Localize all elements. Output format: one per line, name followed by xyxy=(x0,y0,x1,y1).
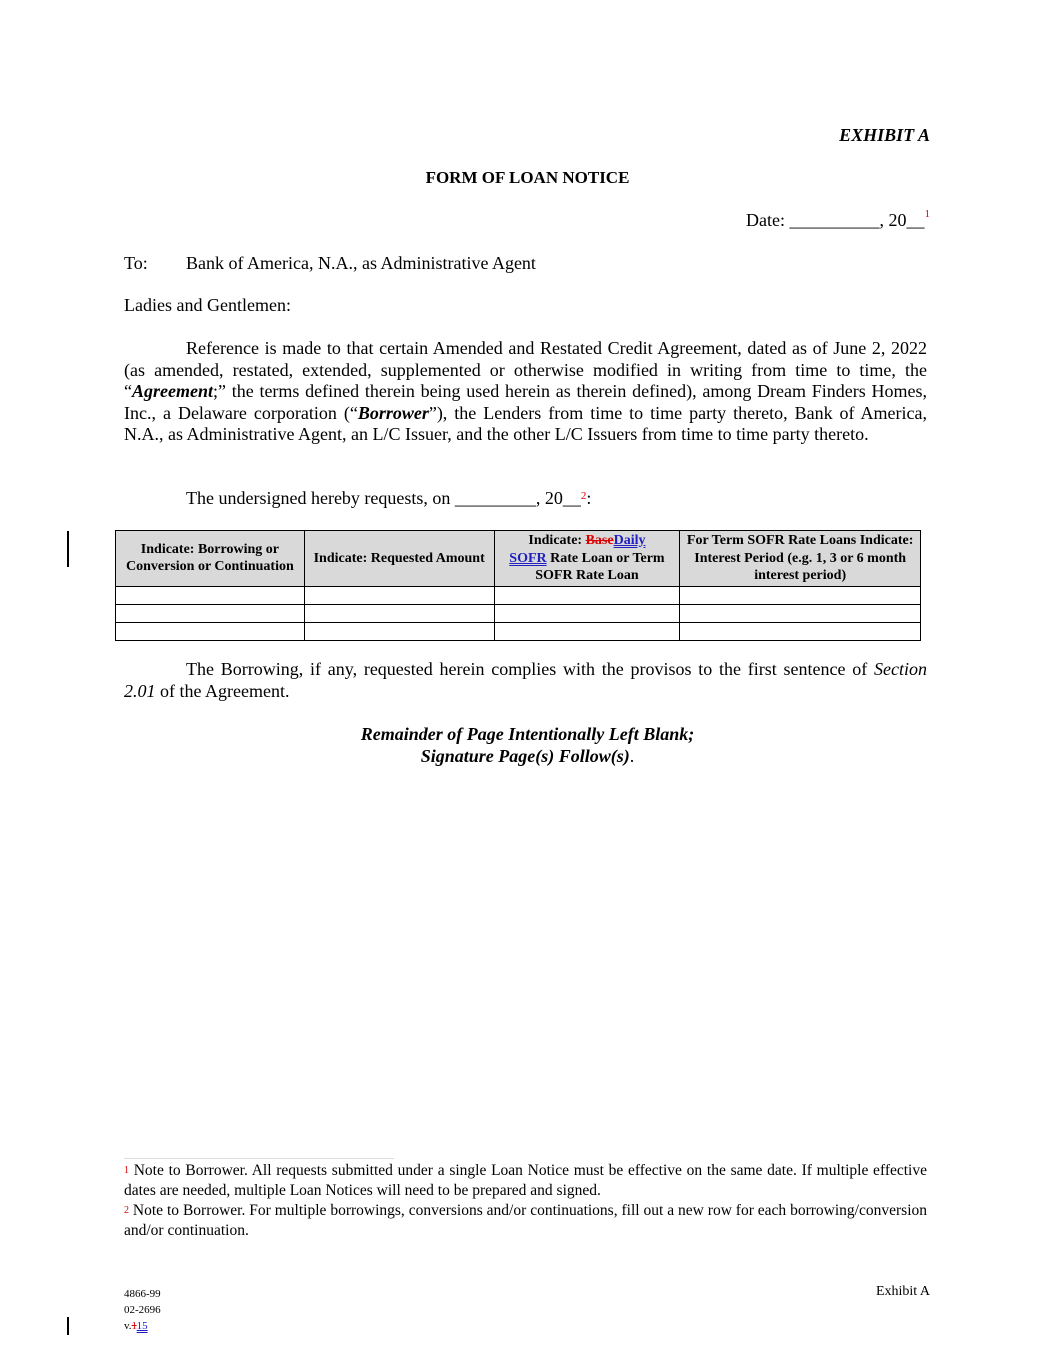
salutation: Ladies and Gentlemen: xyxy=(124,295,291,316)
table-cell[interactable] xyxy=(494,622,680,640)
header-requested-amount: Indicate: Requested Amount xyxy=(304,531,494,587)
compliance-paragraph: The Borrowing, if any, requested herein … xyxy=(124,659,927,702)
footnote-1: 1 Note to Borrower. All requests submitt… xyxy=(124,1161,927,1201)
header-borrowing-type: Indicate: Borrowing or Conversion or Con… xyxy=(116,531,305,587)
footer-exhibit-label: Exhibit A xyxy=(876,1284,930,1300)
table-cell[interactable] xyxy=(494,604,680,622)
footnotes: 1 Note to Borrower. All requests submitt… xyxy=(124,1161,927,1241)
header-rate-type: Indicate: BaseDailySOFR Rate Loan or Ter… xyxy=(494,531,680,587)
table-cell[interactable] xyxy=(680,622,921,640)
change-bar xyxy=(67,1317,69,1335)
date-line: Date: __________, 20__1 xyxy=(746,210,930,231)
change-bar xyxy=(67,531,69,567)
footnote-ref-2[interactable]: 2 xyxy=(581,490,587,502)
addressee-line: To:Bank of America, N.A., as Administrat… xyxy=(124,253,536,274)
footnote-2: 2 Note to Borrower. For multiple borrowi… xyxy=(124,1201,927,1241)
table-cell[interactable] xyxy=(116,604,305,622)
document-title: FORM OF LOAN NOTICE xyxy=(0,168,1055,188)
table-cell[interactable] xyxy=(304,622,494,640)
exhibit-heading: EXHIBIT A xyxy=(839,125,930,146)
inserted-text: Daily xyxy=(614,533,646,548)
footnote-ref-1[interactable]: 1 xyxy=(925,208,931,220)
table-row xyxy=(116,604,921,622)
table-cell[interactable] xyxy=(680,604,921,622)
table-cell[interactable] xyxy=(116,586,305,604)
recipient: Bank of America, N.A., as Administrative… xyxy=(186,253,536,273)
table-cell[interactable] xyxy=(304,604,494,622)
header-interest-period: For Term SOFR Rate Loans Indicate: Inter… xyxy=(680,531,921,587)
table-row xyxy=(116,586,921,604)
footnote-separator xyxy=(124,1158,394,1159)
table-cell[interactable] xyxy=(116,622,305,640)
reference-paragraph: Reference is made to that certain Amende… xyxy=(124,338,927,446)
table-row xyxy=(116,622,921,640)
document-id: 4866-99 02-2696 v.115 xyxy=(124,1286,161,1334)
loan-request-table: Indicate: Borrowing or Conversion or Con… xyxy=(115,530,921,641)
table-cell[interactable] xyxy=(680,586,921,604)
closing-statement: Remainder of Page Intentionally Left Bla… xyxy=(0,723,1055,767)
table-cell[interactable] xyxy=(494,586,680,604)
deleted-text: Base xyxy=(586,533,614,548)
table-cell[interactable] xyxy=(304,586,494,604)
request-paragraph: The undersigned hereby requests, on ____… xyxy=(124,488,927,510)
